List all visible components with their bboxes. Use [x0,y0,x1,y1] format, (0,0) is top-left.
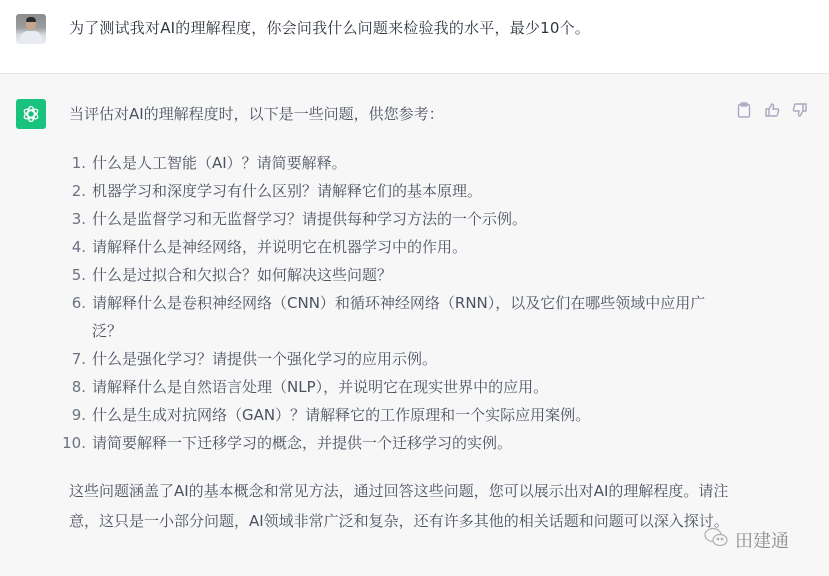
list-item: 8.请解释什么是自然语言处理（NLP），并说明它在现实世界中的应用。 [58,373,728,401]
user-avatar [16,14,46,44]
list-item: 10.请简要解释一下迁移学习的概念，并提供一个迁移学习的实例。 [58,429,728,457]
list-item: 5.什么是过拟合和欠拟合？如何解决这些问题？ [58,261,728,289]
watermark-text: 田建通 [735,527,789,553]
message-actions [735,101,809,119]
list-item: 4.请解释什么是神经网络，并说明它在机器学习中的作用。 [58,233,728,261]
list-item: 2.机器学习和深度学习有什么区别？请解释它们的基本原理。 [58,177,728,205]
thumbs-up-icon[interactable] [763,101,781,119]
list-item: 9.什么是生成对抗网络（GAN）？请解释它的工作原理和一个实际应用案例。 [58,401,728,429]
assistant-message-row: 当评估对AI的理解程度时，以下是一些问题，供您参考： 1.什么是人工智能（AI）… [0,75,829,576]
assistant-intro-text: 当评估对AI的理解程度时，以下是一些问题，供您参考： [69,103,444,124]
watermark: 田建通 [703,526,789,553]
list-item: 7.什么是强化学习？请提供一个强化学习的应用示例。 [58,345,728,373]
clipboard-icon[interactable] [735,101,753,119]
thumbs-down-icon[interactable] [791,101,809,119]
chatgpt-logo-icon [16,99,46,129]
question-list: 1.什么是人工智能（AI）？请简要解释。 2.机器学习和深度学习有什么区别？请解… [58,149,728,457]
user-message-row: 为了测试我对AI的理解程度，你会问我什么问题来检验我的水平，最少10个。 [0,0,829,74]
user-message-text: 为了测试我对AI的理解程度，你会问我什么问题来检验我的水平，最少10个。 [69,17,590,38]
list-item: 3.什么是监督学习和无监督学习？请提供每种学习方法的一个示例。 [58,205,728,233]
list-item: 1.什么是人工智能（AI）？请简要解释。 [58,149,728,177]
assistant-summary-text: 这些问题涵盖了AI的基本概念和常见方法，通过回答这些问题，您可以展示出对AI的理… [69,476,729,536]
list-item: 6.请解释什么是卷积神经网络（CNN）和循环神经网络（RNN），以及它们在哪些领… [58,289,728,345]
wechat-icon [703,526,729,553]
